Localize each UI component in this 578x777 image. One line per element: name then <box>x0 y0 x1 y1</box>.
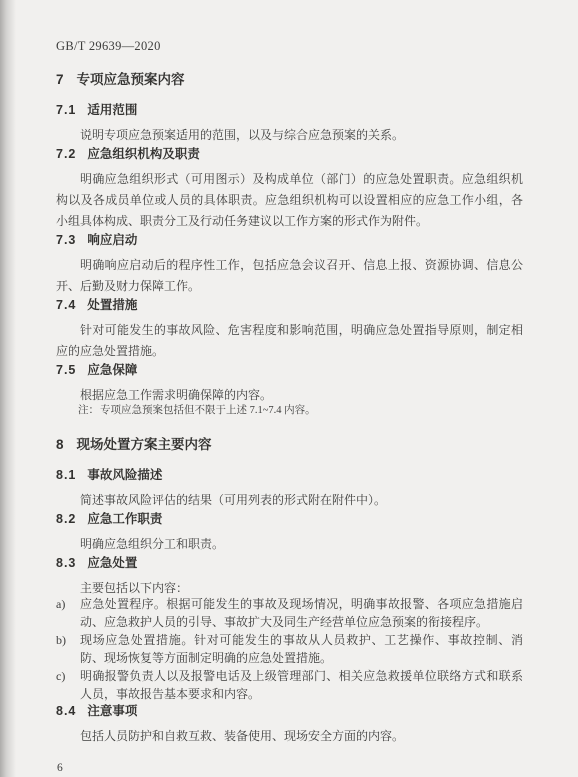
scan-shadow-left <box>0 0 16 777</box>
section-heading: 7.3响应启动 <box>56 232 523 249</box>
list-item: b)现场应急处置措施。针对可能发生的事故从人员救护、工艺操作、事故控制、消防、现… <box>56 631 523 667</box>
heading-title: 应急保障 <box>87 363 137 377</box>
heading-number: 7 <box>56 72 64 87</box>
section-heading: 7.2应急组织机构及职责 <box>56 146 523 163</box>
list-item-text: 明确报警负责人以及报警电话及上级管理部门、相关应急救援单位联络方式和联系人员，事… <box>80 667 523 703</box>
heading-title: 应急工作职责 <box>87 512 162 526</box>
list-item-text: 现场应急处置措施。针对可能发生的事故从人员救护、工艺操作、事故控制、消防、现场恢… <box>80 631 523 667</box>
heading-title: 专项应急预案内容 <box>77 72 185 87</box>
heading-number: 7.4 <box>56 298 76 312</box>
chapter-heading: 8现场处置方案主要内容 <box>56 436 523 454</box>
heading-title: 注意事项 <box>87 704 137 718</box>
heading-number: 8 <box>56 437 64 452</box>
paragraph: 明确应急组织分工和职责。 <box>56 534 523 555</box>
chapter-heading: 7专项应急预案内容 <box>56 71 523 89</box>
list-item-label: c) <box>56 667 80 703</box>
heading-number: 8.4 <box>56 704 76 718</box>
paragraph: 简述事故风险评估的结果（可用列表的形式附在附件中）。 <box>56 490 523 511</box>
paragraph: 说明专项应急预案适用的范围，以及与综合应急预案的关系。 <box>56 125 523 146</box>
paragraph: 针对可能发生的事故风险、危害程度和影响范围，明确应急处置指导原则，制定相应的应急… <box>56 320 523 362</box>
note: 注：专项应急预案包括但不限于上述 7.1~7.4 内容。 <box>56 403 523 419</box>
heading-number: 8.2 <box>56 512 76 526</box>
heading-title: 现场处置方案主要内容 <box>77 437 212 452</box>
paragraph: 明确应急组织形式（可用图示）及构成单位（部门）的应急处置职责。应急组织机构以及各… <box>56 169 523 232</box>
paragraph: 包括人员防护和自救互救、装备使用、现场安全方面的内容。 <box>56 726 523 747</box>
list-item-text: 应急处置程序。根据可能发生的事故及现场情况，明确事故报警、各项应急措施启动、应急… <box>80 595 523 631</box>
list-item-label: b) <box>56 631 80 667</box>
page-number: 6 <box>57 763 63 774</box>
section-heading: 7.4处置措施 <box>56 297 523 314</box>
section-heading: 8.4注意事项 <box>56 703 523 720</box>
section-heading: 8.3应急处置 <box>56 555 523 572</box>
standard-code: GB/T 29639—2020 <box>56 38 523 54</box>
list-item: a)应急处置程序。根据可能发生的事故及现场情况，明确事故报警、各项应急措施启动、… <box>56 595 523 631</box>
section-heading: 7.5应急保障 <box>56 362 523 379</box>
note-label: 注： <box>78 405 99 416</box>
list-item-label: a) <box>56 595 80 631</box>
ordered-list: a)应急处置程序。根据可能发生的事故及现场情况，明确事故报警、各项应急措施启动、… <box>56 595 523 703</box>
heading-number: 7.1 <box>56 103 76 117</box>
section-heading: 8.1事故风险描述 <box>56 467 523 484</box>
heading-number: 7.3 <box>56 233 76 247</box>
section-heading: 7.1适用范围 <box>56 102 523 119</box>
heading-number: 7.5 <box>56 363 76 377</box>
heading-title: 应急处置 <box>87 556 137 570</box>
heading-title: 事故风险描述 <box>87 468 162 482</box>
heading-title: 适用范围 <box>87 103 137 117</box>
document-body: 7专项应急预案内容7.1适用范围说明专项应急预案适用的范围，以及与综合应急预案的… <box>56 54 523 747</box>
paragraph: 明确响应启动后的程序性工作，包括应急会议召开、信息上报、资源协调、信息公开、后勤… <box>56 255 523 297</box>
section-heading: 8.2应急工作职责 <box>56 511 523 528</box>
heading-title: 处置措施 <box>87 298 137 312</box>
heading-title: 响应启动 <box>87 233 137 247</box>
note-text: 专项应急预案包括但不限于上述 7.1~7.4 内容。 <box>100 405 316 416</box>
list-item: c)明确报警负责人以及报警电话及上级管理部门、相关应急救援单位联络方式和联系人员… <box>56 667 523 703</box>
heading-number: 8.3 <box>56 556 76 570</box>
heading-number: 7.2 <box>56 147 76 161</box>
heading-number: 8.1 <box>56 468 76 482</box>
document-page: GB/T 29639—2020 7专项应急预案内容7.1适用范围说明专项应急预案… <box>0 0 578 777</box>
heading-title: 应急组织机构及职责 <box>87 147 200 161</box>
